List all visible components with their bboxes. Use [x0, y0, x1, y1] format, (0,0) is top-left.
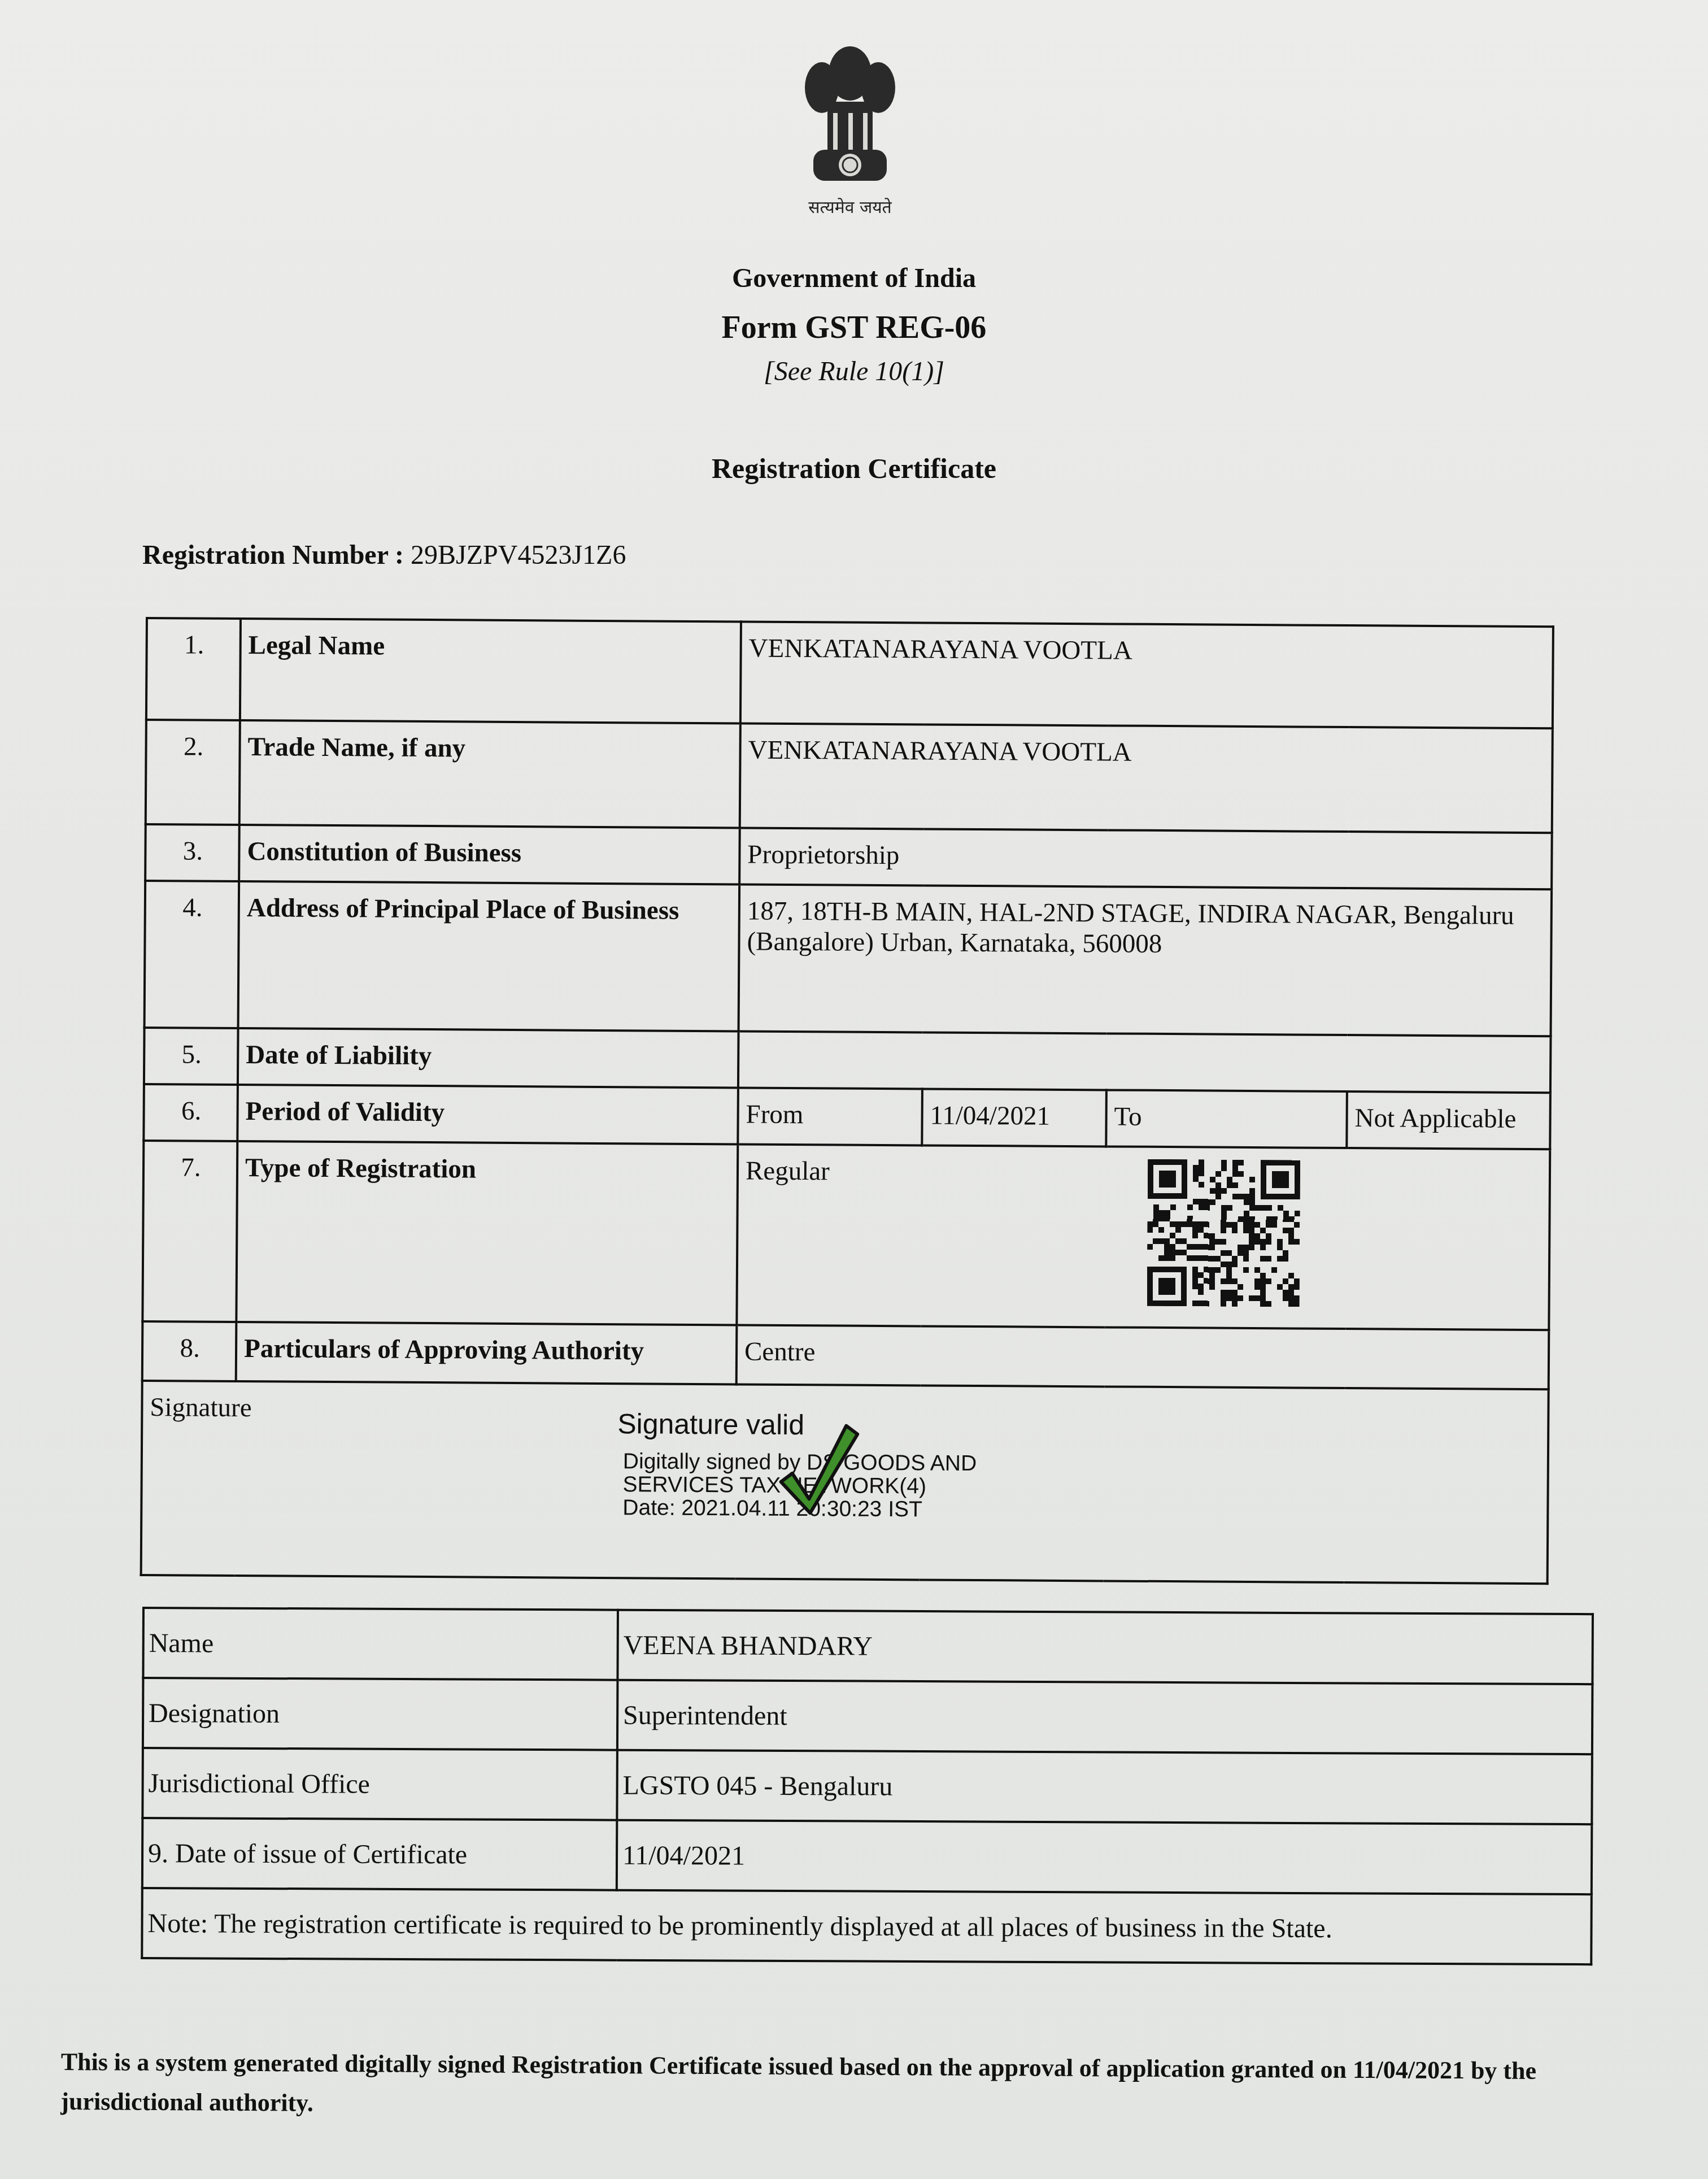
- validity-to-label: To: [1106, 1090, 1347, 1148]
- row-number: 5.: [144, 1028, 238, 1085]
- row-label: Trade Name, if any: [239, 720, 740, 828]
- row-label: Type of Registration: [236, 1141, 738, 1325]
- row-number: 2.: [146, 720, 240, 825]
- signature-row: Signature Signature valid Digitally sign…: [141, 1381, 1549, 1584]
- jurisdictional-office-label: Jurisdictional Office: [142, 1748, 617, 1820]
- table-row: 3. Constitution of Business Proprietorsh…: [145, 824, 1552, 889]
- row-number: 3.: [145, 824, 239, 881]
- row-label: Period of Validity: [237, 1085, 738, 1144]
- validity-from-label: From: [738, 1088, 922, 1145]
- row-number: 1.: [146, 618, 241, 720]
- signature-block: Signature Signature valid Digitally sign…: [142, 1382, 1548, 1582]
- row-number: 4.: [145, 881, 239, 1028]
- table-row: Name VEENA BHANDARY: [143, 1608, 1593, 1684]
- row-number: 6.: [143, 1084, 238, 1141]
- approving-officer-table: Name VEENA BHANDARY Designation Superint…: [141, 1607, 1594, 1965]
- emblem-motto: सत्यमेव जयते: [779, 195, 921, 218]
- row-label: Constitution of Business: [239, 825, 740, 884]
- table-row: 4. Address of Principal Place of Busines…: [145, 881, 1552, 1036]
- designation-label: Designation: [143, 1678, 618, 1750]
- registration-type-value: Regular: [746, 1156, 830, 1186]
- row-label: Address of Principal Place of Business: [238, 881, 740, 1031]
- approving-authority-value: Centre: [737, 1325, 1549, 1389]
- jurisdictional-office-value: LGSTO 045 - Bengaluru: [617, 1750, 1592, 1825]
- row-number: 8.: [142, 1321, 237, 1381]
- table-row: 5. Date of Liability: [144, 1028, 1551, 1093]
- national-emblem-icon: [796, 40, 904, 192]
- table-row: Jurisdictional Office LGSTO 045 - Bengal…: [142, 1748, 1592, 1824]
- trade-name-value: VENKATANARAYANA VOOTLA: [740, 723, 1553, 833]
- rule-reference: [See Rule 10(1)]: [0, 356, 1708, 387]
- row-label: Date of Liability: [238, 1028, 739, 1088]
- constitution-value: Proprietorship: [739, 828, 1552, 889]
- row-number: 7.: [142, 1141, 237, 1322]
- validity-from-value: 11/04/2021: [922, 1089, 1106, 1146]
- row-label: Particulars of Approving Authority: [236, 1322, 737, 1384]
- registration-number-value: 29BJZPV4523J1Z6: [411, 540, 626, 570]
- registration-number-label: Registration Number :: [142, 540, 404, 570]
- table-row: 9. Date of issue of Certificate 11/04/20…: [142, 1818, 1592, 1894]
- government-heading: Government of India: [0, 263, 1708, 294]
- address-value: 187, 18TH-B MAIN, HAL-2ND STAGE, INDIRA …: [739, 884, 1552, 1036]
- designation-value: Superintendent: [617, 1680, 1593, 1755]
- table-row: Designation Superintendent: [143, 1678, 1593, 1754]
- display-note: Note: The registration certificate is re…: [142, 1888, 1592, 1964]
- table-row: 1. Legal Name VENKATANARAYANA VOOTLA: [146, 618, 1553, 728]
- officer-name-label: Name: [143, 1608, 618, 1680]
- registration-number: Registration Number : 29BJZPV4523J1Z6: [142, 540, 626, 571]
- liability-date-value: [738, 1031, 1551, 1093]
- system-generated-footer: This is a system generated digitally sig…: [60, 2042, 1676, 2131]
- table-row: 2. Trade Name, if any VENKATANARAYANA VO…: [146, 720, 1553, 833]
- table-row: Note: The registration certificate is re…: [142, 1888, 1592, 1964]
- qr-code-icon[interactable]: [1147, 1159, 1301, 1307]
- table-row: 6. Period of Validity From 11/04/2021 To…: [143, 1084, 1550, 1149]
- table-row: 8. Particulars of Approving Authority Ce…: [142, 1321, 1549, 1389]
- registration-details-table: 1. Legal Name VENKATANARAYANA VOOTLA 2. …: [140, 617, 1554, 1585]
- table-row: 7. Type of Registration Regular: [142, 1141, 1550, 1330]
- validity-to-value: Not Applicable: [1347, 1091, 1550, 1149]
- issue-date-label: 9. Date of issue of Certificate: [142, 1818, 617, 1890]
- officer-name-value: VEENA BHANDARY: [617, 1610, 1593, 1685]
- registration-type-cell: Regular: [737, 1144, 1550, 1330]
- certificate-title: Registration Certificate: [0, 452, 1708, 485]
- form-title: Form GST REG-06: [0, 310, 1708, 346]
- legal-name-value: VENKATANARAYANA VOOTLA: [740, 621, 1553, 728]
- issue-date-value: 11/04/2021: [617, 1820, 1592, 1895]
- row-label: Legal Name: [240, 619, 741, 723]
- signature-valid-check-icon[interactable]: [775, 1420, 860, 1516]
- signature-label: Signature: [150, 1392, 251, 1423]
